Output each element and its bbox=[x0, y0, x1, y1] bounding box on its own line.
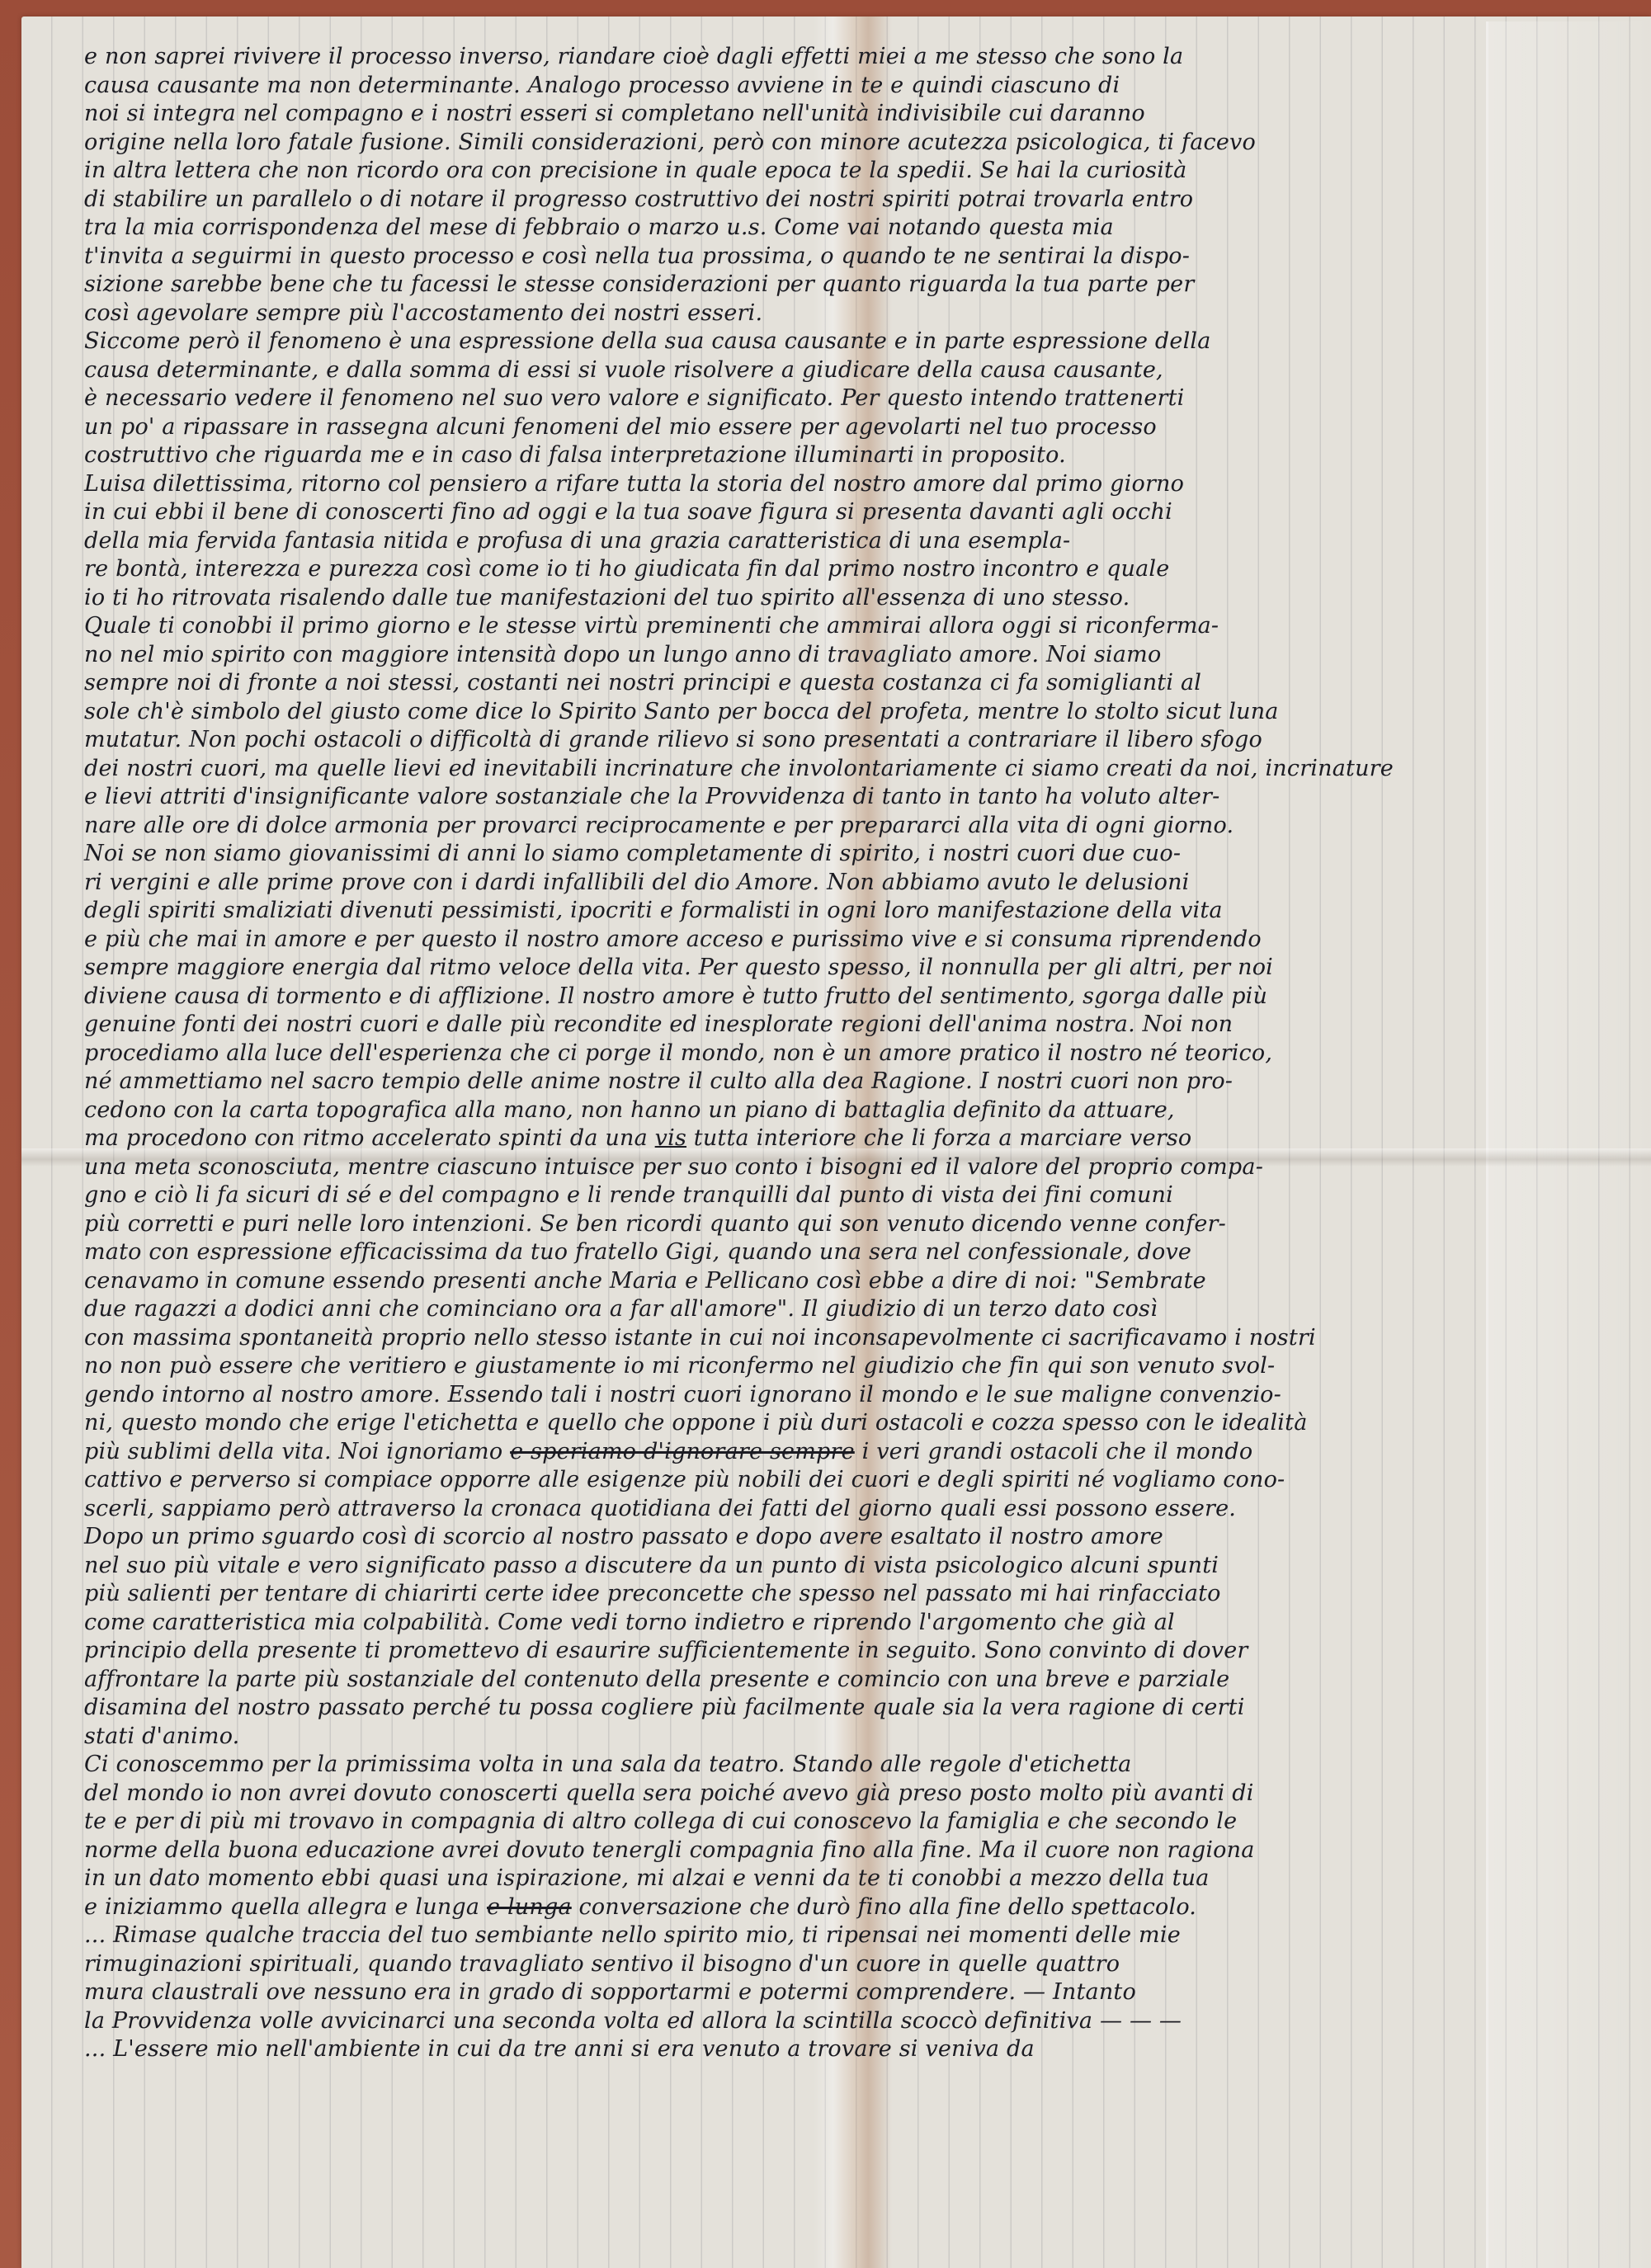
line-text: Quale ti conobbi il primo giorno e le st… bbox=[84, 613, 1219, 639]
letter-line: del mondo io non avrei dovuto conoscerti… bbox=[84, 1780, 1619, 1808]
line-text: e più che mai in amore e per questo il n… bbox=[84, 927, 1262, 952]
letter-line: Quale ti conobbi il primo giorno e le st… bbox=[84, 612, 1619, 641]
letter-line: origine nella loro fatale fusione. Simil… bbox=[84, 129, 1619, 158]
line-text: la Provvidenza volle avvicinarci una sec… bbox=[84, 2008, 1182, 2034]
letter-line: di stabilire un parallelo o di notare il… bbox=[84, 186, 1619, 215]
line-text: nel suo più vitale e vero significato pa… bbox=[84, 1553, 1219, 1578]
letter-line: sempre noi di fronte a noi stessi, costa… bbox=[84, 669, 1619, 698]
line-text: gno e ciò li fa sicuri di sé e del compa… bbox=[84, 1182, 1173, 1208]
letter-line: procediamo alla luce dell'esperienza che… bbox=[84, 1040, 1619, 1068]
letter-line: costruttivo che riguarda me e in caso di… bbox=[84, 441, 1619, 470]
line-text: disamina del nostro passato perché tu po… bbox=[84, 1695, 1245, 1720]
letter-line: nare alle ore di dolce armonia per prova… bbox=[84, 812, 1619, 841]
letter-line: ... Rimase qualche traccia del tuo sembi… bbox=[84, 1921, 1619, 1950]
line-text: io ti ho ritrovata risalendo dalle tue m… bbox=[84, 585, 1130, 611]
letter-line: principio della presente ti promettevo d… bbox=[84, 1637, 1619, 1666]
letter-line: nel suo più vitale e vero significato pa… bbox=[84, 1552, 1619, 1581]
letter-line: Luisa dilettissima, ritorno col pensiero… bbox=[84, 470, 1619, 499]
line-text: rimuginazioni spirituali, quando travagl… bbox=[84, 1951, 1120, 1977]
letter-line: cedono con la carta topografica alla man… bbox=[84, 1096, 1619, 1125]
line-text: norme della buona educazione avrei dovut… bbox=[84, 1837, 1255, 1863]
line-text: ri vergini e alle prime prove con i dard… bbox=[84, 870, 1190, 895]
letter-line: sole ch'è simbolo del giusto come dice l… bbox=[84, 698, 1619, 727]
underlined-word: vis bbox=[655, 1125, 686, 1151]
letter-line: causa causante ma non determinante. Anal… bbox=[84, 72, 1619, 101]
line-text: origine nella loro fatale fusione. Simil… bbox=[84, 130, 1256, 155]
line-text: degli spiriti smaliziati divenuti pessim… bbox=[84, 898, 1223, 923]
line-text: ... Rimase qualche traccia del tuo sembi… bbox=[84, 1922, 1181, 1948]
letter-line: norme della buona educazione avrei dovut… bbox=[84, 1837, 1619, 1865]
letter-line: causa determinante, e dalla somma di ess… bbox=[84, 356, 1619, 385]
letter-line: né ammettiamo nel sacro tempio delle ani… bbox=[84, 1068, 1619, 1096]
line-text: e iniziammo quella allegra e lunga bbox=[84, 1894, 487, 1920]
line-text: mutatur. Non pochi ostacoli o difficoltà… bbox=[84, 727, 1262, 752]
letter-line: ... L'essere mio nell'ambiente in cui da… bbox=[84, 2035, 1619, 2064]
line-text: Noi se non siamo giovanissimi di anni lo… bbox=[84, 841, 1181, 866]
letter-line: con massima spontaneità proprio nello st… bbox=[84, 1324, 1619, 1353]
letter-line: più salienti per tentare di chiarirti ce… bbox=[84, 1580, 1619, 1609]
line-text: in altra lettera che non ricordo ora con… bbox=[84, 158, 1186, 183]
line-text: affrontare la parte più sostanziale del … bbox=[84, 1667, 1229, 1692]
line-text: scerli, sappiamo però attraverso la cron… bbox=[84, 1496, 1236, 1521]
line-text: è necessario vedere il fenomeno nel suo … bbox=[84, 385, 1185, 411]
letter-line: cenavamo in comune essendo presenti anch… bbox=[84, 1267, 1619, 1296]
letter-line: un po' a ripassare in rassegna alcuni fe… bbox=[84, 413, 1619, 442]
line-text: Luisa dilettissima, ritorno col pensiero… bbox=[84, 471, 1184, 497]
letter-line: Ci conoscemmo per la primissima volta in… bbox=[84, 1751, 1619, 1780]
line-text: re bontà, interezza e purezza così come … bbox=[84, 556, 1169, 582]
line-text: né ammettiamo nel sacro tempio delle ani… bbox=[84, 1068, 1233, 1094]
letter-line: rimuginazioni spirituali, quando travagl… bbox=[84, 1950, 1619, 1979]
letter-line: disamina del nostro passato perché tu po… bbox=[84, 1694, 1619, 1723]
line-text: causa determinante, e dalla somma di ess… bbox=[84, 357, 1163, 383]
letter-line: dei nostri cuori, ma quelle lievi ed ine… bbox=[84, 755, 1619, 784]
line-text: sempre maggiore energia dal ritmo veloce… bbox=[84, 955, 1273, 980]
letter-line: mura claustrali ove nessuno era in grado… bbox=[84, 1978, 1619, 2007]
struck-through-text: e speriamo d'ignorare sempre bbox=[510, 1439, 855, 1464]
letter-line: tra la mia corrispondenza del mese di fe… bbox=[84, 214, 1619, 243]
line-text: sempre noi di fronte a noi stessi, costa… bbox=[84, 670, 1201, 695]
letter-line: più sublimi della vita. Noi ignoriamo e … bbox=[84, 1438, 1619, 1467]
line-text: cenavamo in comune essendo presenti anch… bbox=[84, 1268, 1206, 1294]
letter-line: Dopo un primo sguardo così di scorcio al… bbox=[84, 1523, 1619, 1552]
letter-line: in altra lettera che non ricordo ora con… bbox=[84, 157, 1619, 186]
line-text: te e per di più mi trovavo in compagnia … bbox=[84, 1808, 1237, 1834]
letter-line: una meta sconosciuta, mentre ciascuno in… bbox=[84, 1153, 1619, 1182]
letter-line: come caratteristica mia colpabilità. Com… bbox=[84, 1609, 1619, 1638]
line-text: causa causante ma non determinante. Anal… bbox=[84, 73, 1120, 98]
line-text: ni, questo mondo che erige l'etichetta e… bbox=[84, 1410, 1308, 1436]
letter-line: mutatur. Non pochi ostacoli o difficoltà… bbox=[84, 726, 1619, 755]
line-text: i veri grandi ostacoli che il mondo bbox=[855, 1439, 1253, 1464]
letter-line: t'invita a seguirmi in questo processo e… bbox=[84, 243, 1619, 271]
line-text: Siccome però il fenomeno è una espressio… bbox=[84, 328, 1211, 354]
line-text: procediamo alla luce dell'esperienza che… bbox=[84, 1040, 1272, 1066]
line-text: stati d'animo. bbox=[84, 1723, 239, 1749]
line-text: gendo intorno al nostro amore. Essendo t… bbox=[84, 1382, 1281, 1407]
letter-line: e lievi attriti d'insignificante valore … bbox=[84, 783, 1619, 812]
letter-line: la Provvidenza volle avvicinarci una sec… bbox=[84, 2007, 1619, 2036]
line-text: tra la mia corrispondenza del mese di fe… bbox=[84, 215, 1114, 240]
letter-line: così agevolare sempre più l'accostamento… bbox=[84, 299, 1619, 328]
line-text: conversazione che durò fino alla fine de… bbox=[572, 1894, 1196, 1920]
letter-line: genuine fonti dei nostri cuori e dalle p… bbox=[84, 1011, 1619, 1040]
line-text: più corretti e puri nelle loro intenzion… bbox=[84, 1211, 1226, 1237]
letter-line: no non può essere che veritiero e giusta… bbox=[84, 1352, 1619, 1381]
letter-line: gendo intorno al nostro amore. Essendo t… bbox=[84, 1381, 1619, 1410]
line-text: nare alle ore di dolce armonia per prova… bbox=[84, 813, 1234, 838]
letter-line: gno e ciò li fa sicuri di sé e del compa… bbox=[84, 1181, 1619, 1210]
letter-line: sempre maggiore energia dal ritmo veloce… bbox=[84, 954, 1619, 983]
line-text: diviene causa di tormento e di afflizion… bbox=[84, 983, 1267, 1009]
line-text: Dopo un primo sguardo così di scorcio al… bbox=[84, 1524, 1163, 1549]
line-text: dei nostri cuori, ma quelle lievi ed ine… bbox=[84, 756, 1394, 781]
line-text: con massima spontaneità proprio nello st… bbox=[84, 1325, 1316, 1351]
letter-line: stati d'animo. bbox=[84, 1723, 1619, 1752]
line-text: ... L'essere mio nell'ambiente in cui da… bbox=[84, 2036, 1035, 2062]
line-text: sole ch'è simbolo del giusto come dice l… bbox=[84, 699, 1279, 724]
line-text: principio della presente ti promettevo d… bbox=[84, 1638, 1248, 1663]
line-text: no non può essere che veritiero e giusta… bbox=[84, 1353, 1275, 1379]
line-text: ma procedono con ritmo accelerato spinti… bbox=[84, 1125, 1191, 1151]
letter-line: è necessario vedere il fenomeno nel suo … bbox=[84, 384, 1619, 413]
letter-line: ma procedono con ritmo accelerato spinti… bbox=[84, 1125, 1619, 1153]
letter-line: noi si integra nel compagno e i nostri e… bbox=[84, 100, 1619, 129]
letter-line: Siccome però il fenomeno è una espressio… bbox=[84, 328, 1619, 356]
line-text: e non saprei rivivere il processo invers… bbox=[84, 44, 1183, 69]
line-text: di stabilire un parallelo o di notare il… bbox=[84, 186, 1193, 212]
letter-line: te e per di più mi trovavo in compagnia … bbox=[84, 1808, 1619, 1837]
line-text: noi si integra nel compagno e i nostri e… bbox=[84, 101, 1145, 126]
line-text: più salienti per tentare di chiarirti ce… bbox=[84, 1581, 1221, 1606]
line-text: del mondo io non avrei dovuto conoscerti… bbox=[84, 1780, 1254, 1806]
letter-line: in cui ebbi il bene di conoscerti fino a… bbox=[84, 498, 1619, 527]
line-text: genuine fonti dei nostri cuori e dalle p… bbox=[84, 1011, 1233, 1037]
letter-line: no nel mio spirito con maggiore intensit… bbox=[84, 641, 1619, 670]
letter-line: degli spiriti smaliziati divenuti pessim… bbox=[84, 897, 1619, 926]
letter-line: e non saprei rivivere il processo invers… bbox=[84, 43, 1619, 72]
letter-line: io ti ho ritrovata risalendo dalle tue m… bbox=[84, 584, 1619, 613]
line-text: e lievi attriti d'insignificante valore … bbox=[84, 784, 1219, 809]
letter-line: scerli, sappiamo però attraverso la cron… bbox=[84, 1495, 1619, 1524]
letter-line: e iniziammo quella allegra e lunga e lun… bbox=[84, 1893, 1619, 1922]
line-text: così agevolare sempre più l'accostamento… bbox=[84, 300, 762, 326]
line-text: un po' a ripassare in rassegna alcuni fe… bbox=[84, 414, 1157, 440]
line-text: più sublimi della vita. Noi ignoriamo bbox=[84, 1439, 510, 1464]
letter-line: in un dato momento ebbi quasi una ispira… bbox=[84, 1865, 1619, 1893]
line-text: due ragazzi a dodici anni che cominciano… bbox=[84, 1296, 1158, 1322]
line-text: in cui ebbi il bene di conoscerti fino a… bbox=[84, 499, 1172, 525]
line-text: mato con espressione efficacissima da tu… bbox=[84, 1239, 1191, 1265]
line-text: cedono con la carta topografica alla man… bbox=[84, 1097, 1175, 1123]
letter-line: più corretti e puri nelle loro intenzion… bbox=[84, 1210, 1619, 1239]
line-text: Ci conoscemmo per la primissima volta in… bbox=[84, 1752, 1131, 1777]
line-text: costruttivo che riguarda me e in caso di… bbox=[84, 442, 1066, 468]
line-text: come caratteristica mia colpabilità. Com… bbox=[84, 1610, 1175, 1635]
letter-line: della mia fervida fantasia nitida e prof… bbox=[84, 527, 1619, 556]
line-text: in un dato momento ebbi quasi una ispira… bbox=[84, 1865, 1210, 1891]
letter-line: mato con espressione efficacissima da tu… bbox=[84, 1238, 1619, 1267]
line-text: no nel mio spirito con maggiore intensit… bbox=[84, 642, 1161, 667]
line-text: sizione sarebbe bene che tu facessi le s… bbox=[84, 271, 1194, 297]
letter-line: diviene causa di tormento e di afflizion… bbox=[84, 983, 1619, 1011]
letter-line: re bontà, interezza e purezza così come … bbox=[84, 555, 1619, 584]
line-text: t'invita a seguirmi in questo processo e… bbox=[84, 243, 1190, 269]
letter-line: due ragazzi a dodici anni che cominciano… bbox=[84, 1295, 1619, 1324]
letter-line: ri vergini e alle prime prove con i dard… bbox=[84, 869, 1619, 898]
letter-line: ni, questo mondo che erige l'etichetta e… bbox=[84, 1409, 1619, 1438]
letter-line: cattivo e perverso si compiace opporre a… bbox=[84, 1466, 1619, 1495]
line-text: della mia fervida fantasia nitida e prof… bbox=[84, 528, 1070, 554]
letter-line: sizione sarebbe bene che tu facessi le s… bbox=[84, 271, 1619, 299]
line-text: mura claustrali ove nessuno era in grado… bbox=[84, 1979, 1136, 2005]
letter-line: affrontare la parte più sostanziale del … bbox=[84, 1666, 1619, 1695]
line-text: una meta sconosciuta, mentre ciascuno in… bbox=[84, 1154, 1263, 1180]
line-text: cattivo e perverso si compiace opporre a… bbox=[84, 1467, 1285, 1492]
letter-line: Noi se non siamo giovanissimi di anni lo… bbox=[84, 840, 1619, 869]
letter-line: e più che mai in amore e per questo il n… bbox=[84, 926, 1619, 955]
struck-through-text: e lunga bbox=[487, 1894, 572, 1920]
handwritten-letter-body: e non saprei rivivere il processo invers… bbox=[84, 43, 1619, 2064]
